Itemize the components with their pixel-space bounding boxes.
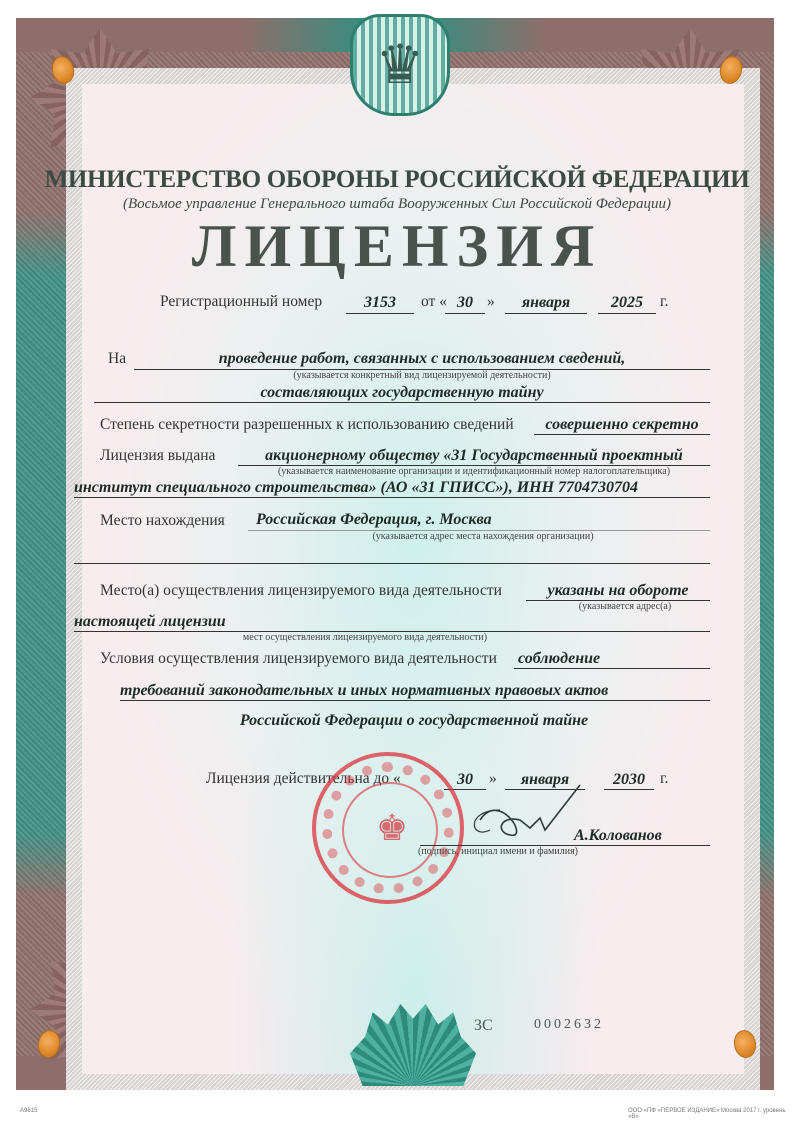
issued-to-line-2: институт специального строительства» (АО…: [74, 479, 638, 497]
conditions-value-1: соблюдение: [518, 650, 600, 668]
issued-to-hint: (указывается наименование организации и …: [238, 466, 710, 477]
registration-number: 3153: [346, 294, 414, 312]
activity-hint: (указывается конкретный вид лицензируемо…: [134, 370, 710, 381]
activity-line-1: проведение работ, связанных с использова…: [134, 350, 710, 368]
year-suffix: г.: [660, 770, 668, 788]
places-value-1: указаны на обороте: [526, 582, 710, 600]
places-hint-1: (указывается адрес(а): [560, 601, 690, 612]
series-number: 0002632: [534, 1017, 604, 1033]
registration-label: Регистрационный номер: [160, 293, 322, 311]
conditions-value-3: Российской Федерации о государственной т…: [74, 712, 754, 730]
ministry-heading: МИНИСТЕРСТВО ОБОРОНЫ РОССИЙСКОЙ ФЕДЕРАЦИ…: [0, 166, 794, 194]
quote-close: »: [487, 293, 495, 311]
registration-day: 30: [445, 294, 485, 312]
conditions-value-2: требований законодательных и иных нормат…: [120, 682, 608, 700]
places-value-2: настоящей лицензии: [74, 613, 226, 631]
secrecy-value: совершенно секретно: [534, 416, 710, 434]
location-value: Российская Федерация, г. Москва: [256, 511, 492, 529]
places-label: Место(а) осуществления лицензируемого ви…: [100, 582, 502, 600]
printer-code: А9615: [20, 1108, 37, 1114]
issued-to-line-1: акционерному обществу «31 Государственны…: [238, 447, 710, 465]
activity-line-2: составляющих государственную тайну: [94, 384, 710, 402]
double-headed-eagle-icon: ♛: [376, 38, 424, 92]
secrecy-label: Степень секретности разрешенных к исполь…: [100, 416, 514, 434]
activity-label: На: [108, 350, 126, 368]
printer-imprint: ООО «ПФ «ПЕРВОЕ ИЗДАНИЕ» Москва 2017 г. …: [628, 1108, 794, 1120]
signatory-name: А.Колованов: [574, 827, 662, 845]
department-subheading: (Восьмое управление Генерального штаба В…: [0, 196, 794, 213]
signatory-hint: (подпись, инициал имени и фамилия): [418, 846, 578, 857]
registration-year: 2025: [598, 294, 656, 312]
location-hint: (указывается адрес места нахождения орга…: [248, 531, 718, 542]
registration-from-label: от «: [421, 293, 447, 311]
issued-to-label: Лицензия выдана: [100, 447, 215, 465]
signature-icon: [470, 780, 590, 850]
series-prefix: ЗС: [474, 1017, 493, 1035]
official-stamp-icon: ♚: [312, 752, 464, 904]
places-hint-2: мест осуществления лицензируемого вида д…: [200, 632, 530, 643]
conditions-label: Условия осуществления лицензируемого вид…: [100, 650, 497, 668]
validity-year: 2030: [604, 771, 654, 789]
location-label: Место нахождения: [100, 512, 225, 530]
registration-month: января: [505, 294, 587, 312]
year-suffix: г.: [660, 293, 668, 311]
stamp-eagle-icon: ♚: [368, 804, 416, 852]
document-title: ЛИЦЕНЗИЯ: [0, 212, 794, 281]
coat-of-arms-icon: ♛: [350, 14, 450, 116]
stamp-text-ring: [322, 762, 454, 894]
